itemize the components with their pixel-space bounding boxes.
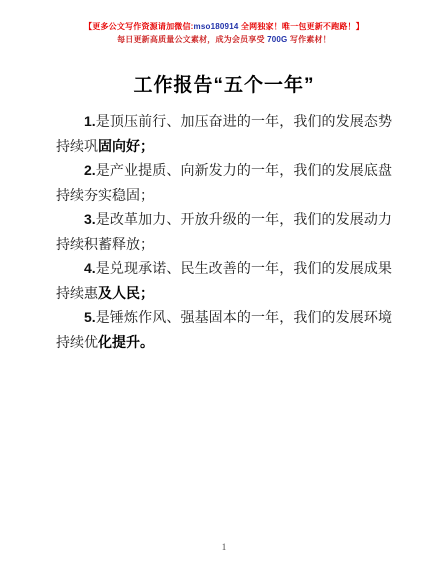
ad-line2-suffix: 写作素材！ xyxy=(287,35,330,44)
paragraph-5-bold-tail: 化提升。 xyxy=(98,334,154,350)
paragraph-5-number: 5. xyxy=(84,309,96,325)
paragraph-4: 4.是兑现承诺、民生改善的一年，我们的发展成果持续惠及人民； xyxy=(56,257,392,306)
paragraph-1-number: 1. xyxy=(84,113,96,129)
document-page: 【更多公文写作资源请加微信:mso180914 全网独家！唯一包更新不跑路！】 … xyxy=(0,0,448,580)
ad-size-highlight: 700G xyxy=(267,35,287,44)
paragraph-1-bold-tail: 固向好； xyxy=(98,138,154,154)
paragraph-1: 1.是顶压前行、加压奋进的一年，我们的发展态势持续巩固向好； xyxy=(56,110,392,159)
paragraph-3: 3.是改革加力、开放升级的一年，我们的发展动力持续积蓄释放； xyxy=(56,208,392,257)
paragraph-2: 2.是产业提质、向新发力的一年，我们的发展底盘持续夯实稳固； xyxy=(56,159,392,208)
document-body: 1.是顶压前行、加压奋进的一年，我们的发展态势持续巩固向好； 2.是产业提质、向… xyxy=(56,110,392,355)
paragraph-5: 5.是锤炼作风、强基固本的一年，我们的发展环境持续优化提升。 xyxy=(56,306,392,355)
paragraph-4-number: 4. xyxy=(84,260,96,276)
paragraph-4-bold-tail: 及人民； xyxy=(98,285,154,301)
ad-header-line2: 每日更新高质量公文素材，成为会员享受 700G 写作素材！ xyxy=(0,33,448,46)
ad-line1-suffix: 全网独家！唯一包更新不跑路！】 xyxy=(239,22,364,31)
paragraph-3-text: 是改革加力、开放升级的一年，我们的发展动力持续积蓄释放； xyxy=(56,213,392,253)
wechat-id: mso180914 xyxy=(194,22,239,31)
paragraph-2-number: 2. xyxy=(84,162,96,178)
page-number: 1 xyxy=(0,542,448,552)
ad-header-line1: 【更多公文写作资源请加微信:mso180914 全网独家！唯一包更新不跑路！】 xyxy=(0,21,448,33)
paragraph-3-number: 3. xyxy=(84,211,96,227)
paragraph-2-text: 是产业提质、向新发力的一年，我们的发展底盘持续夯实稳固； xyxy=(56,164,392,204)
ad-header: 【更多公文写作资源请加微信:mso180914 全网独家！唯一包更新不跑路！】 … xyxy=(0,0,448,46)
ad-line2-prefix: 每日更新高质量公文素材，成为会员享受 xyxy=(117,35,267,44)
document-title: 工作报告“五个一年” xyxy=(0,74,448,98)
ad-line1-prefix: 【更多公文写作资源请加微信: xyxy=(84,22,193,31)
